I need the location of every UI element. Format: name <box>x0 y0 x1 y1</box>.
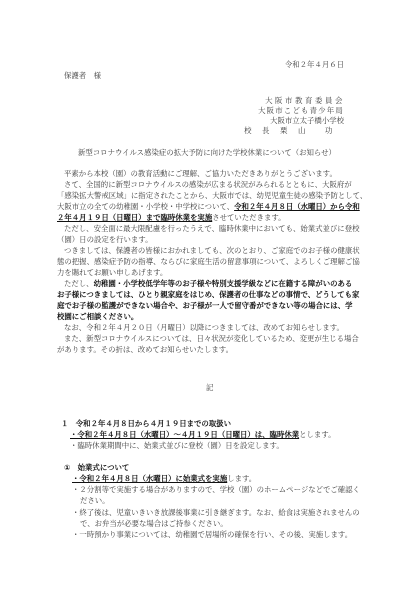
document-title: 新型コロナウイルス感染症の拡大予防に向けた学校休業について（お知らせ） <box>78 148 336 158</box>
paragraph-line: さて、全国的に新型コロナウイルスの感染が広まる状況がみられるとともに、大阪府が <box>64 180 352 190</box>
ki-marker: 記 <box>206 383 213 393</box>
paragraph-line: 態の把握、感染症予防の指導、ならびに家庭生活の留意事項について、よろしくご理解ご… <box>57 257 360 267</box>
consultation-emphasis: お子様につきましては、ひとり親家庭をはじめ、保護者の仕事などの事情で、どうしても… <box>57 290 359 300</box>
text-plain: します。 <box>227 474 256 483</box>
document-date: 令和２年４月６日 <box>285 60 344 70</box>
paragraph-line: があります。その折は、改めてお知らせいたします。 <box>57 345 233 355</box>
paragraph-line: 大阪市立の全ての幼稚園・小学校・中学校について、令和２年４月８日（水曜日）から令… <box>57 202 360 212</box>
text-plain: 大阪市立の全ての幼稚園・小学校・中学校について、 <box>57 202 234 211</box>
closure-emphasis: ・令和２年４月８日（水曜日）～４月１９日（日曜日）は、臨時休業 <box>70 430 299 439</box>
issuer-board-of-education: 大阪市教育委員会 <box>265 96 345 106</box>
closure-period-emphasis: 令和２年４月８日（水曜日）から令和 <box>234 202 360 211</box>
issuer-children-bureau: 大阪市こども青少年局 <box>258 106 344 116</box>
text-plain: させていただきます。 <box>212 213 285 222</box>
consultation-emphasis: 庭でお子様の監護ができない場合や、お子様が一人で留守番ができない等の場合には、学 <box>57 301 352 311</box>
subsection-1-heading: ① 始業式について <box>64 463 129 473</box>
paragraph-line: ただし、安全面に最大限配慮を行ったうえで、臨時休業中においても、始業式並びに登校 <box>64 224 359 234</box>
subsection-1-item: ・令和２年４月８日（水曜日）に始業式を実施します。 <box>72 474 256 484</box>
paragraph-line: なお、令和２年４月２０日（月曜日）以降につきましては、改めてお知らせします。 <box>64 323 344 333</box>
subsection-1-item: ・一時預かり事業については、幼稚園で居場所の確保を行い、その後、実施します。 <box>72 530 352 540</box>
consultation-emphasis: 幼稚園・小学校低学年等のお子様や特別支援学級などに在籍する障がいのある <box>94 279 353 288</box>
section-1-heading: １ 令和２年４月８日から４月１９日までの取扱い <box>61 419 231 429</box>
subsection-1-item: ださい。 <box>80 496 110 506</box>
paragraph-line: つきましては、保護者の皆様におかれましても、次のとおり、ご家庭でのお子様の健康状 <box>64 246 360 256</box>
issuer-principal: 校 長 栗 山 功 <box>244 126 334 136</box>
paragraph-line: ただし、幼稚園・小学校低学年等のお子様や特別支援学級などに在籍する障がいのある <box>64 279 352 289</box>
text-plain: ただし、 <box>64 279 94 288</box>
subsection-1-item: で、お弁当が必要な場合はご持参ください。 <box>80 519 228 529</box>
subsection-1-item: ・２分割等で実施する場合がありますので、学校（園）のホームページなどでご確認く <box>72 485 360 495</box>
issuer-school: 大阪市立太子橋小学校 <box>270 116 344 126</box>
paragraph-line: （園）日の設定を行います。 <box>57 235 153 245</box>
consultation-emphasis: 校園にご相談ください。 <box>57 312 138 322</box>
paragraph-line: 「感染拡大警戒区域」に指定されたことから、大阪市では、幼児児童生徒の感染予防とし… <box>57 191 367 201</box>
text-plain: とします。 <box>299 430 335 439</box>
section-1-item: ・令和２年４月８日（水曜日）～４月１９日（日曜日）は、臨時休業とします。 <box>70 430 336 440</box>
addressee: 保護者 様 <box>64 71 101 81</box>
subsection-1-item: ・終了後は、児童いきいき放課後事業に引き継ぎます。なお、給食は実施されませんの <box>72 508 360 518</box>
opening-ceremony-emphasis: ・令和２年４月８日（水曜日）に始業式を実施 <box>72 474 227 483</box>
paragraph-line: ２年４月１９日（日曜日）まで臨時休業を実施させていただきます。 <box>57 213 286 223</box>
closure-period-emphasis: ２年４月１９日（日曜日）まで臨時休業を実施 <box>57 213 212 222</box>
paragraph-line: 力を賜れてお願い申しあげます。 <box>57 268 167 278</box>
paragraph-greeting: 平素から本校（園）の教育活動にご理解、ご協力いただきありがとうございます。 <box>64 169 337 179</box>
section-1-item: ・臨時休業期間中に、始業式並びに登校（園）日を設定します。 <box>70 441 284 451</box>
paragraph-line: また、新型コロナウイルスについては、日々状況が変化しているため、変更が生じる場合 <box>64 334 359 344</box>
